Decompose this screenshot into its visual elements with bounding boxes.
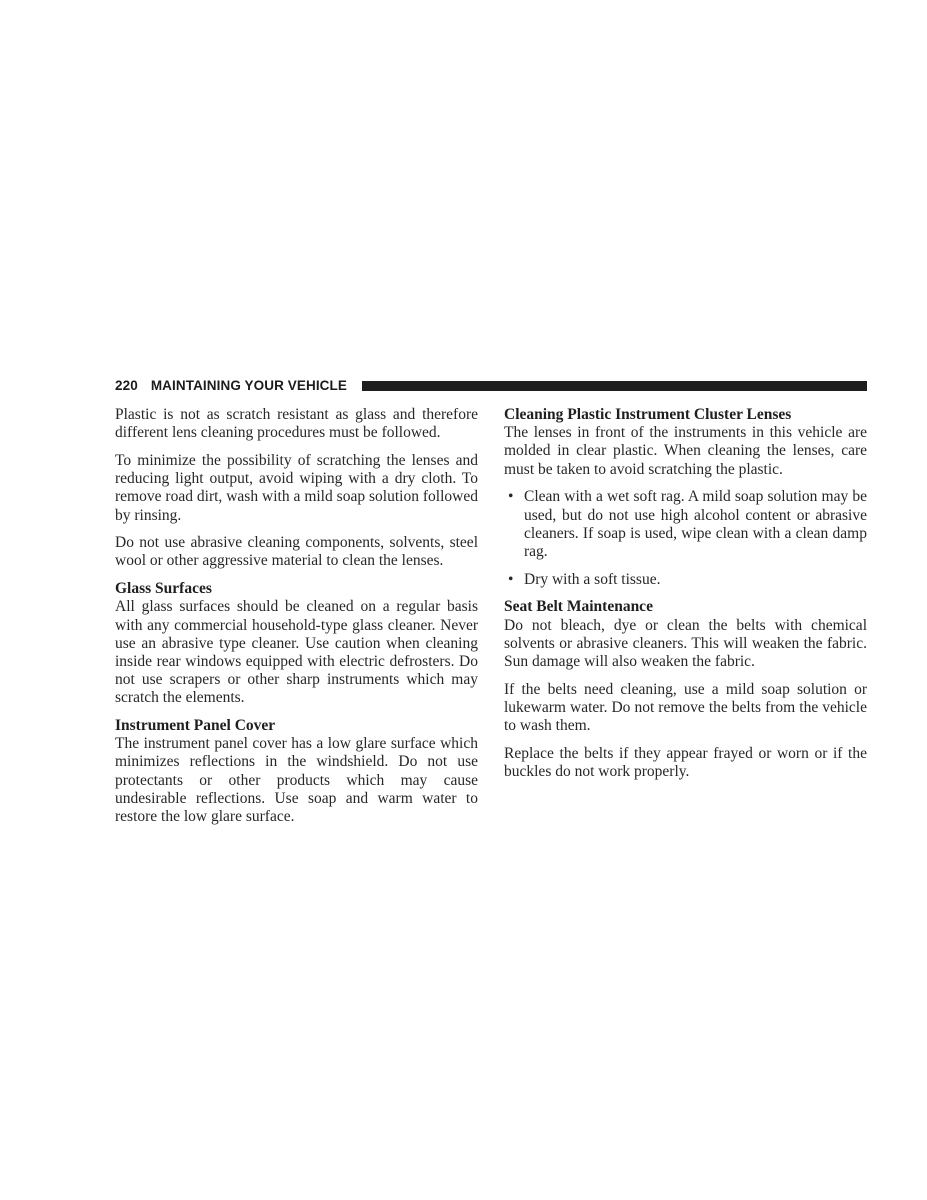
heading-seat-belt-maintenance: Seat Belt Maintenance [504, 598, 867, 616]
two-column-layout: Plastic is not as scratch resistant as g… [115, 406, 867, 836]
paragraph-glass-surfaces: All glass surfaces should be cleaned on … [115, 598, 478, 707]
heading-instrument-panel-cover: Instrument Panel Cover [115, 717, 478, 735]
heading-glass-surfaces: Glass Surfaces [115, 580, 478, 598]
heading-cluster-lenses: Cleaning Plastic Instrument Cluster Lens… [504, 406, 867, 424]
paragraph-seat-belt-bleach: Do not bleach, dye or clean the belts wi… [504, 617, 867, 672]
section-cluster-lenses: Cleaning Plastic Instrument Cluster Lens… [504, 406, 867, 589]
bullet-marker: • [504, 571, 524, 589]
header-rule-bar [362, 381, 867, 391]
paragraph-instrument-panel-cover: The instrument panel cover has a low gla… [115, 735, 478, 826]
list-item-text: Dry with a soft tissue. [524, 571, 867, 589]
right-column: Cleaning Plastic Instrument Cluster Lens… [504, 406, 867, 836]
list-item: • Clean with a wet soft rag. A mild soap… [504, 488, 867, 561]
section-seat-belt-maintenance: Seat Belt Maintenance Do not bleach, dye… [504, 598, 867, 781]
manual-page: 220 MAINTAINING YOUR VEHICLE Plastic is … [0, 0, 927, 1200]
page-number: 220 [115, 378, 138, 393]
paragraph-cluster-lenses: The lenses in front of the instruments i… [504, 424, 867, 479]
paragraph-seat-belt-cleaning: If the belts need cleaning, use a mild s… [504, 681, 867, 736]
left-column: Plastic is not as scratch resistant as g… [115, 406, 478, 836]
paragraph-minimize-scratching: To minimize the possibility of scratchin… [115, 452, 478, 525]
list-item-text: Clean with a wet soft rag. A mild soap s… [524, 488, 867, 561]
paragraph-plastic-lenses: Plastic is not as scratch resistant as g… [115, 406, 478, 442]
bullet-marker: • [504, 488, 524, 506]
section-title: MAINTAINING YOUR VEHICLE [151, 378, 347, 393]
section-instrument-panel-cover: Instrument Panel Cover The instrument pa… [115, 717, 478, 826]
cluster-lenses-bullet-list: • Clean with a wet soft rag. A mild soap… [504, 488, 867, 589]
list-item: • Dry with a soft tissue. [504, 571, 867, 589]
paragraph-seat-belt-replace: Replace the belts if they appear frayed … [504, 745, 867, 781]
page-header: 220 MAINTAINING YOUR VEHICLE [115, 378, 867, 393]
section-glass-surfaces: Glass Surfaces All glass surfaces should… [115, 580, 478, 707]
paragraph-no-abrasive: Do not use abrasive cleaning components,… [115, 534, 478, 570]
